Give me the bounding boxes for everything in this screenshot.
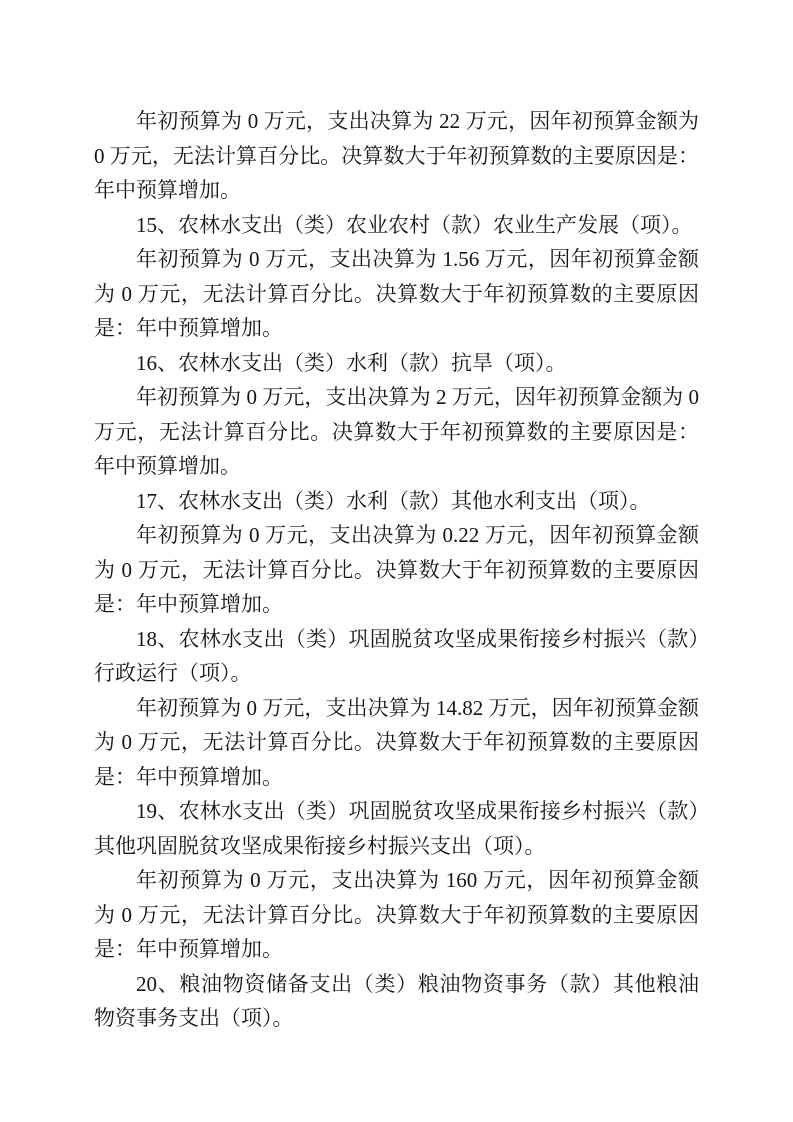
paragraph-item-15-heading: 15、农林水支出（类）农业农村（款）农业生产发展（项）。 xyxy=(94,208,699,243)
document-page: 年初预算为 0 万元，支出决算为 22 万元，因年初预算金额为 0 万元，无法计… xyxy=(0,0,793,1122)
paragraph-item-19-detail: 年初预算为 0 万元，支出决算为 160 万元，因年初预算金额为 0 万元，无法… xyxy=(94,863,699,967)
document-body: 年初预算为 0 万元，支出决算为 22 万元，因年初预算金额为 0 万元，无法计… xyxy=(94,104,699,1036)
paragraph-item-17-detail: 年初预算为 0 万元，支出决算为 0.22 万元，因年初预算金额为 0 万元，无… xyxy=(94,518,699,622)
paragraph-budget-note-14: 年初预算为 0 万元，支出决算为 22 万元，因年初预算金额为 0 万元，无法计… xyxy=(94,104,699,208)
paragraph-item-18-heading: 18、农林水支出（类）巩固脱贫攻坚成果衔接乡村振兴（款）行政运行（项）。 xyxy=(94,622,699,691)
paragraph-item-16-detail: 年初预算为 0 万元，支出决算为 2 万元，因年初预算金额为 0 万元，无法计算… xyxy=(94,380,699,484)
paragraph-item-19-heading: 19、农林水支出（类）巩固脱贫攻坚成果衔接乡村振兴（款）其他巩固脱贫攻坚成果衔接… xyxy=(94,794,699,863)
paragraph-item-15-detail: 年初预算为 0 万元，支出决算为 1.56 万元，因年初预算金额为 0 万元，无… xyxy=(94,242,699,346)
paragraph-item-16-heading: 16、农林水支出（类）水利（款）抗旱（项）。 xyxy=(94,346,699,381)
paragraph-item-17-heading: 17、农林水支出（类）水利（款）其他水利支出（项）。 xyxy=(94,484,699,519)
paragraph-item-20-heading: 20、粮油物资储备支出（类）粮油物资事务（款）其他粮油物资事务支出（项）。 xyxy=(94,967,699,1036)
paragraph-item-18-detail: 年初预算为 0 万元，支出决算为 14.82 万元，因年初预算金额为 0 万元，… xyxy=(94,691,699,795)
